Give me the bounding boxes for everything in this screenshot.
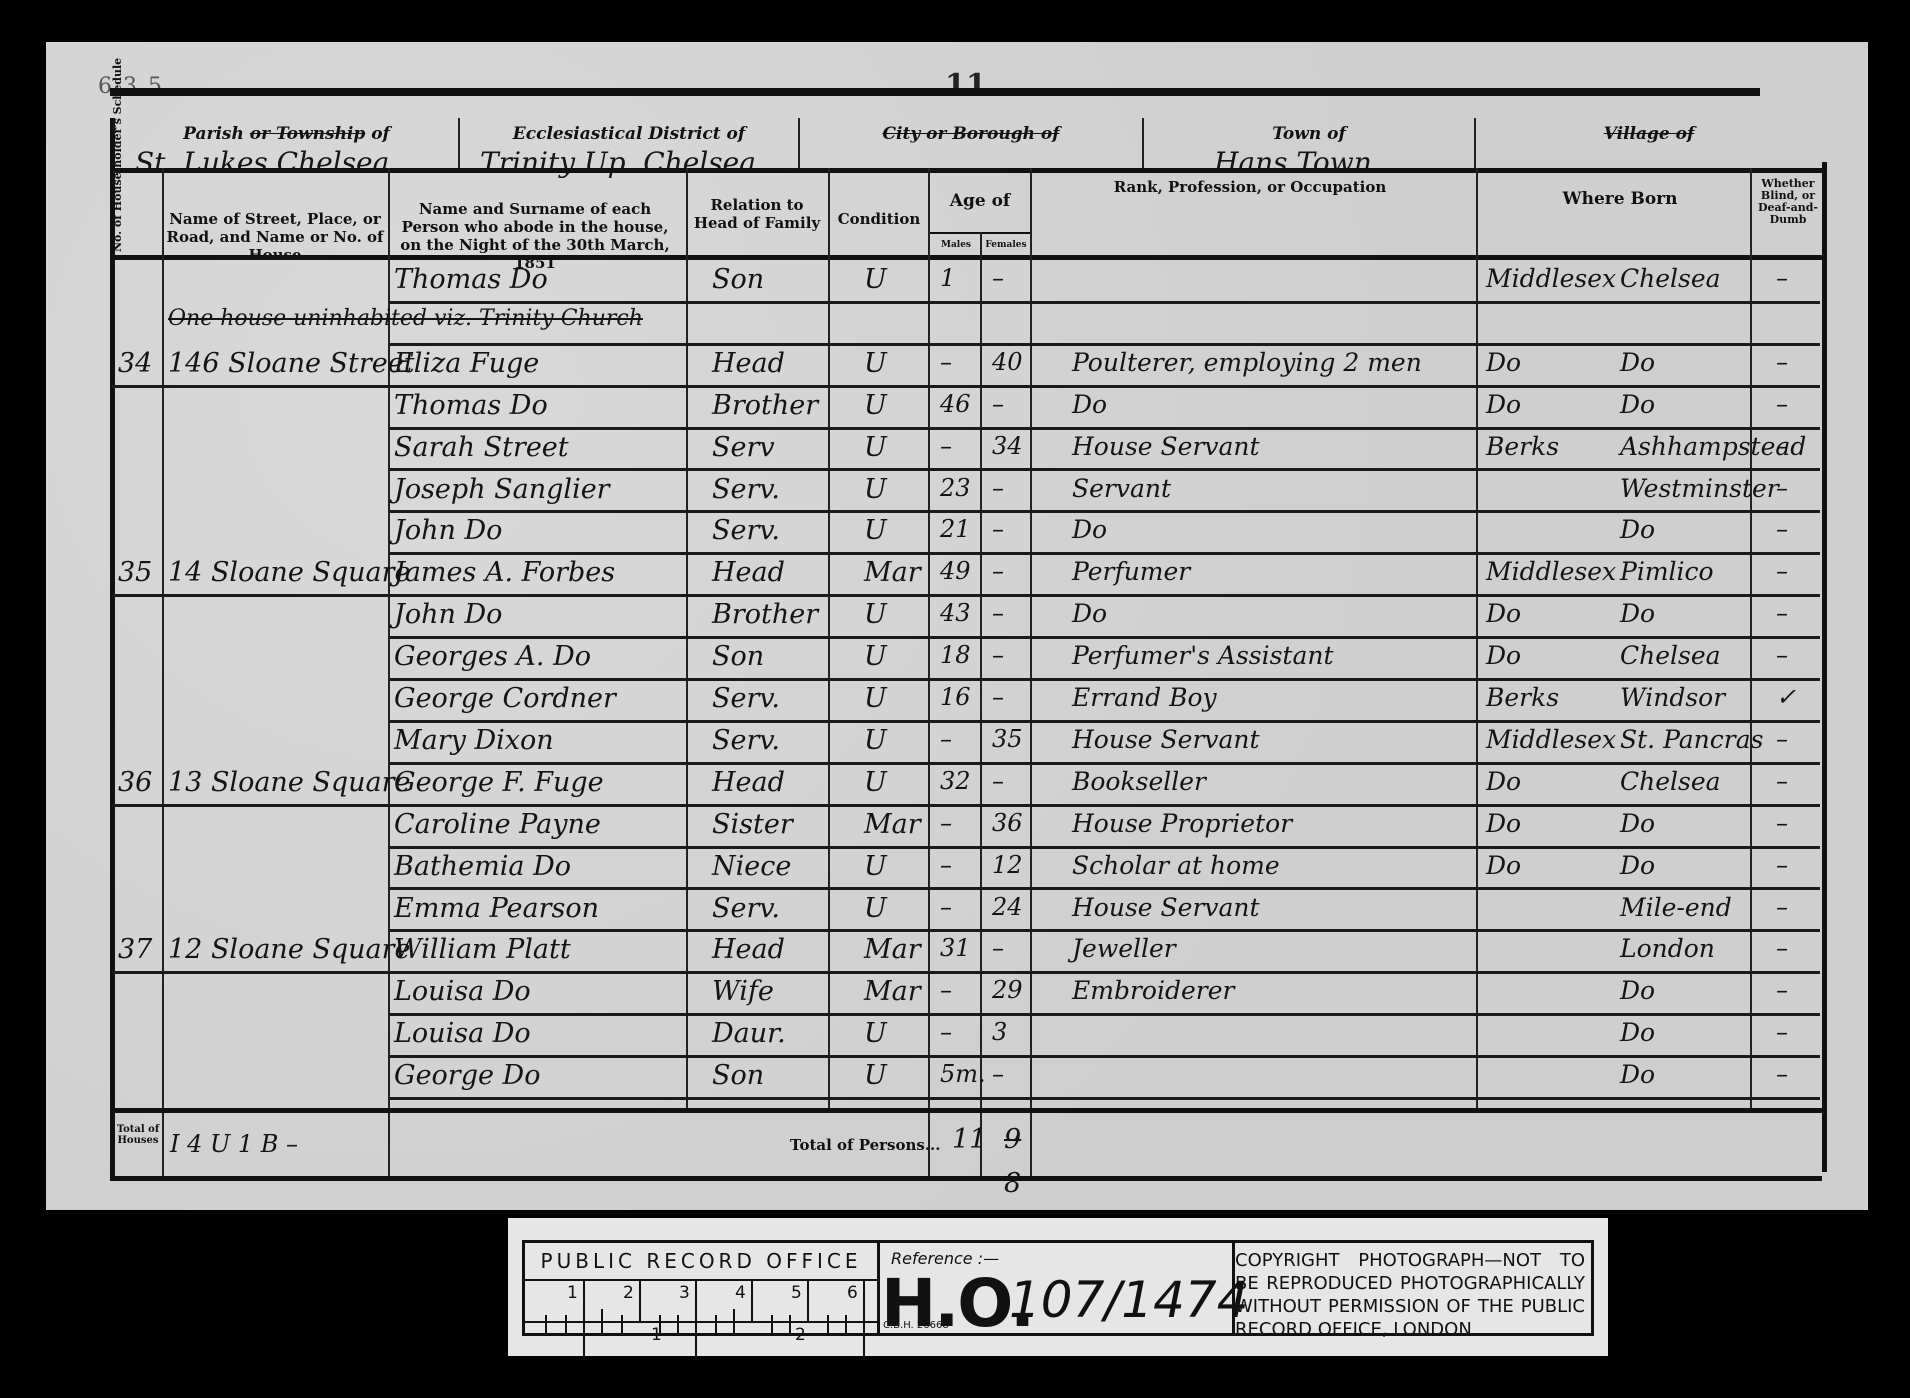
top-rule xyxy=(110,88,1760,96)
born-place: Do xyxy=(1620,390,1655,419)
blind-deaf: – xyxy=(1776,976,1788,1004)
street-address: 14 Sloane Square xyxy=(168,557,411,588)
born-place: St. Pancras xyxy=(1620,725,1763,754)
condition: Mar xyxy=(864,934,921,965)
col-relation: Relation to Head of Family xyxy=(688,196,826,232)
born-place: Do xyxy=(1620,809,1655,838)
schedule-no: 35 xyxy=(118,557,152,588)
person-name: Thomas Do xyxy=(394,390,548,421)
male-age: – xyxy=(940,809,952,837)
born-county: Do xyxy=(1486,851,1521,880)
record-office-label: PUBLIC RECORD OFFICE 1 2 3 4 5 6 1 2 xyxy=(508,1218,1608,1356)
col-condition: Condition xyxy=(830,210,928,228)
occupation: Bookseller xyxy=(1072,767,1206,796)
occupation: Poulterer, employing 2 men xyxy=(1072,348,1422,377)
female-age: – xyxy=(992,641,1004,669)
male-age: 31 xyxy=(940,934,971,962)
born-place: Westminster xyxy=(1620,474,1779,503)
born-county: Middlesex xyxy=(1486,557,1616,586)
condition: U xyxy=(864,1018,887,1049)
col-females: Females xyxy=(982,236,1030,254)
relation: Son xyxy=(712,1060,764,1091)
row-rule xyxy=(390,343,1820,346)
male-age: – xyxy=(940,1018,952,1046)
person-name: Eliza Fuge xyxy=(394,348,539,379)
male-age: – xyxy=(940,432,952,460)
township-label-struck: or Township xyxy=(250,124,366,144)
person-name: John Do xyxy=(394,599,502,630)
city-cell: City or Borough of xyxy=(800,118,1144,170)
relation: Serv. xyxy=(712,893,780,924)
relation: Serv. xyxy=(712,725,780,756)
condition: U xyxy=(864,348,887,379)
born-place: Pimlico xyxy=(1620,557,1714,586)
person-name: Caroline Payne xyxy=(394,809,601,840)
male-age: 21 xyxy=(940,515,971,543)
condition: U xyxy=(864,641,887,672)
parish-value: St. Lukes Chelsea xyxy=(135,146,458,179)
born-place: Do xyxy=(1620,348,1655,377)
born-county: Middlesex xyxy=(1486,725,1616,754)
col-males: Males xyxy=(932,236,980,254)
person-name: George Cordner xyxy=(394,683,616,714)
blind-deaf: – xyxy=(1776,934,1788,962)
born-county: Do xyxy=(1486,599,1521,628)
town-cell: Town of Hans Town xyxy=(1144,118,1476,170)
bottom-rule xyxy=(110,1176,1822,1181)
total-houses-label: Total of Houses xyxy=(116,1124,160,1146)
condition: U xyxy=(864,264,887,295)
occupation: Do xyxy=(1072,390,1107,419)
total-persons-label: Total of Persons... xyxy=(790,1136,940,1154)
condition: U xyxy=(864,1060,887,1091)
right-border xyxy=(1822,162,1827,1172)
row-rule xyxy=(112,594,1820,597)
condition: U xyxy=(864,432,887,463)
col-blind: Whether Blind, or Deaf-and-Dumb xyxy=(1752,178,1824,226)
row-rule xyxy=(390,427,1820,430)
street-address: 12 Sloane Square xyxy=(168,934,411,965)
blind-deaf: – xyxy=(1776,599,1788,627)
person-name: John Do xyxy=(394,515,502,546)
occupation: Perfumer's Assistant xyxy=(1072,641,1334,670)
blind-deaf: – xyxy=(1776,1060,1788,1088)
born-county: Do xyxy=(1486,767,1521,796)
blind-deaf: – xyxy=(1776,474,1788,502)
condition: U xyxy=(864,515,887,546)
male-age: 46 xyxy=(940,390,971,418)
male-age: 16 xyxy=(940,683,971,711)
blind-deaf: – xyxy=(1776,767,1788,795)
female-age: – xyxy=(992,264,1004,292)
condition: U xyxy=(864,725,887,756)
reference-box: Reference :— H.O. 107/1474 C.B.H. 26668 xyxy=(877,1243,1235,1333)
village-cell: Village of xyxy=(1476,118,1822,170)
person-name: William Platt xyxy=(394,934,571,965)
relation: Brother xyxy=(712,599,818,630)
row-rule xyxy=(390,678,1820,681)
row-rule xyxy=(112,971,1820,974)
occupation: Scholar at home xyxy=(1072,851,1280,880)
male-age: – xyxy=(940,851,952,879)
total-females-struck: 9 xyxy=(1004,1124,1021,1155)
totals-divider xyxy=(110,1108,1822,1113)
relation: Serv. xyxy=(712,683,780,714)
born-county: Do xyxy=(1486,641,1521,670)
born-place: Chelsea xyxy=(1620,641,1721,670)
male-age: 18 xyxy=(940,641,971,669)
occupation: House Servant xyxy=(1072,432,1260,461)
row-rule xyxy=(390,636,1820,639)
blind-deaf: – xyxy=(1776,515,1788,543)
female-age: 12 xyxy=(992,851,1023,879)
born-place: Do xyxy=(1620,851,1655,880)
female-age: – xyxy=(992,515,1004,543)
relation: Brother xyxy=(712,390,818,421)
condition: U xyxy=(864,767,887,798)
female-age: 36 xyxy=(992,809,1023,837)
row-rule xyxy=(390,510,1820,513)
occupation: Do xyxy=(1072,599,1107,628)
village-label-struck: Village of xyxy=(1604,124,1695,144)
female-age: 29 xyxy=(992,976,1023,1004)
blind-deaf: – xyxy=(1776,432,1788,460)
female-age: 3 xyxy=(992,1018,1007,1046)
born-county: Middlesex xyxy=(1486,264,1616,293)
person-name: Louisa Do xyxy=(394,976,531,1007)
blind-deaf: – xyxy=(1776,557,1788,585)
female-age: 35 xyxy=(992,725,1023,753)
town-label: Town of xyxy=(1144,124,1474,144)
born-place: Windsor xyxy=(1620,683,1725,712)
ecclesiastical-label: Ecclesiastical District of xyxy=(460,124,798,144)
female-age: – xyxy=(992,474,1004,502)
occupation: Errand Boy xyxy=(1072,683,1217,712)
row-rule xyxy=(390,1097,1820,1100)
relation: Niece xyxy=(712,851,791,882)
blind-deaf: – xyxy=(1776,641,1788,669)
folio-number: 11 xyxy=(945,68,987,103)
left-border xyxy=(110,168,115,1180)
person-name: Mary Dixon xyxy=(394,725,554,756)
condition: U xyxy=(864,851,887,882)
person-name: James A. Forbes xyxy=(394,557,615,588)
col-age-of: Age of xyxy=(930,192,1030,210)
row-rule xyxy=(390,301,1820,304)
born-place: Mile-end xyxy=(1620,893,1732,922)
relation: Wife xyxy=(712,976,774,1007)
town-value: Hans Town xyxy=(1214,146,1474,179)
born-county: Do xyxy=(1486,348,1521,377)
row-rule xyxy=(390,887,1820,890)
row-rule xyxy=(112,385,1820,388)
blind-deaf: – xyxy=(1776,348,1788,376)
female-age: – xyxy=(992,683,1004,711)
blind-deaf: – xyxy=(1776,893,1788,921)
relation: Daur. xyxy=(712,1018,786,1049)
born-place: London xyxy=(1620,934,1715,963)
male-age: 32 xyxy=(940,767,971,795)
relation: Son xyxy=(712,641,764,672)
born-county: Berks xyxy=(1486,432,1559,461)
copyright-notice: COPYRIGHT PHOTOGRAPH—NOT TO BE REPRODUCE… xyxy=(1235,1249,1585,1341)
born-county: Do xyxy=(1486,390,1521,419)
female-age: – xyxy=(992,599,1004,627)
total-males: 11 xyxy=(952,1124,986,1155)
col-where-born: Where Born xyxy=(1480,190,1760,208)
occupation: Do xyxy=(1072,515,1107,544)
row-rule xyxy=(390,468,1820,471)
born-place: Chelsea xyxy=(1620,264,1721,293)
condition: Mar xyxy=(864,809,921,840)
relation: Head xyxy=(712,767,785,798)
row-rule xyxy=(390,762,1820,765)
column-heading-divider xyxy=(110,255,1822,260)
occupation: Embroiderer xyxy=(1072,976,1234,1005)
female-age: 34 xyxy=(992,432,1023,460)
col-occupation: Rank, Profession, or Occupation xyxy=(1080,178,1420,196)
relation: Serv xyxy=(712,432,775,463)
female-age: – xyxy=(992,767,1004,795)
blind-deaf: – xyxy=(1776,809,1788,837)
born-place: Chelsea xyxy=(1620,767,1721,796)
female-age: – xyxy=(992,390,1004,418)
row-rule xyxy=(112,804,1820,807)
relation: Head xyxy=(712,934,785,965)
male-age: 23 xyxy=(940,474,971,502)
person-name: George F. Fuge xyxy=(394,767,604,798)
office-title: PUBLIC RECORD OFFICE xyxy=(525,1249,877,1273)
condition: U xyxy=(864,390,887,421)
male-age: 43 xyxy=(940,599,971,627)
public-record-office-box: PUBLIC RECORD OFFICE 1 2 3 4 5 6 1 2 xyxy=(525,1243,880,1333)
male-age: 49 xyxy=(940,557,971,585)
born-place: Do xyxy=(1620,1060,1655,1089)
person-name: Louisa Do xyxy=(394,1018,531,1049)
person-name: Thomas Do xyxy=(394,264,548,295)
blind-deaf: – xyxy=(1776,1018,1788,1046)
male-age: 5m. xyxy=(940,1060,986,1088)
female-age: 24 xyxy=(992,893,1023,921)
row-rule xyxy=(390,846,1820,849)
person-name: Joseph Sanglier xyxy=(394,474,610,505)
condition: Mar xyxy=(864,557,921,588)
born-place: Do xyxy=(1620,599,1655,628)
street-address: 13 Sloane Square xyxy=(168,767,411,798)
parish-cell: Parish or Township of St. Lukes Chelsea xyxy=(110,118,460,170)
male-age: – xyxy=(940,348,952,376)
cbh-number: C.B.H. 26668 xyxy=(883,1320,949,1331)
male-age: – xyxy=(940,893,952,921)
street-address: 146 Sloane Street xyxy=(168,348,415,379)
born-place: Do xyxy=(1620,515,1655,544)
blind-deaf: – xyxy=(1776,725,1788,753)
condition: U xyxy=(864,683,887,714)
street-address: One house uninhabited viz. Trinity Churc… xyxy=(168,306,643,331)
person-name: Bathemia Do xyxy=(394,851,571,882)
male-age: 1 xyxy=(940,264,955,292)
row-rule xyxy=(390,929,1820,932)
condition: U xyxy=(864,474,887,505)
male-age: – xyxy=(940,725,952,753)
blind-deaf: – xyxy=(1776,390,1788,418)
person-name: Georges A. Do xyxy=(394,641,591,672)
born-place: Do xyxy=(1620,1018,1655,1047)
female-age: – xyxy=(992,1060,1004,1088)
occupation: Jeweller xyxy=(1072,934,1176,963)
relation: Sister xyxy=(712,809,793,840)
born-place: Do xyxy=(1620,976,1655,1005)
female-age: – xyxy=(992,934,1004,962)
header-divider xyxy=(110,168,1822,173)
row-rule xyxy=(390,720,1820,723)
relation: Serv. xyxy=(712,474,780,505)
born-county: Do xyxy=(1486,809,1521,838)
person-name: Sarah Street xyxy=(394,432,569,463)
person-name: George Do xyxy=(394,1060,540,1091)
total-houses-value: I 4 U 1 B – xyxy=(170,1130,298,1158)
row-rule xyxy=(390,552,1820,555)
occupation: Servant xyxy=(1072,474,1171,503)
col-name: Name and Surname of each Person who abod… xyxy=(390,200,680,272)
schedule-no: 36 xyxy=(118,767,152,798)
blind-deaf: – xyxy=(1776,264,1788,292)
ecclesiastical-cell: Ecclesiastical District of Trinity Up. C… xyxy=(460,118,800,170)
female-age: – xyxy=(992,557,1004,585)
total-females: 8 xyxy=(1004,1168,1021,1199)
female-age: 40 xyxy=(992,348,1023,376)
schedule-no: 37 xyxy=(118,934,152,965)
blind-deaf: – xyxy=(1776,851,1788,879)
blind-deaf: ✓ xyxy=(1776,683,1796,711)
occupation: House Proprietor xyxy=(1072,809,1292,838)
relation: Serv. xyxy=(712,515,780,546)
row-rule xyxy=(390,1055,1820,1058)
schedule-no: 34 xyxy=(118,348,152,379)
occupation: Perfumer xyxy=(1072,557,1190,586)
condition: U xyxy=(864,893,887,924)
relation: Son xyxy=(712,264,764,295)
city-label-struck: City or Borough of xyxy=(882,124,1059,144)
ecclesiastical-value: Trinity Up. Chelsea xyxy=(480,146,798,179)
relation: Head xyxy=(712,557,785,588)
person-name: Emma Pearson xyxy=(394,893,599,924)
male-age: – xyxy=(940,976,952,1004)
occupation: House Servant xyxy=(1072,725,1260,754)
row-rule xyxy=(390,1013,1820,1016)
occupation: House Servant xyxy=(1072,893,1260,922)
condition: Mar xyxy=(864,976,921,1007)
reference-piece: 107/1474 xyxy=(1009,1271,1249,1329)
relation: Head xyxy=(712,348,785,379)
born-county: Berks xyxy=(1486,683,1559,712)
condition: U xyxy=(864,599,887,630)
parish-label: Parish xyxy=(183,124,244,144)
scale-ruler: 1 2 3 4 5 6 1 2 xyxy=(525,1279,877,1333)
location-header: Parish or Township of St. Lukes Chelsea … xyxy=(110,118,1822,170)
